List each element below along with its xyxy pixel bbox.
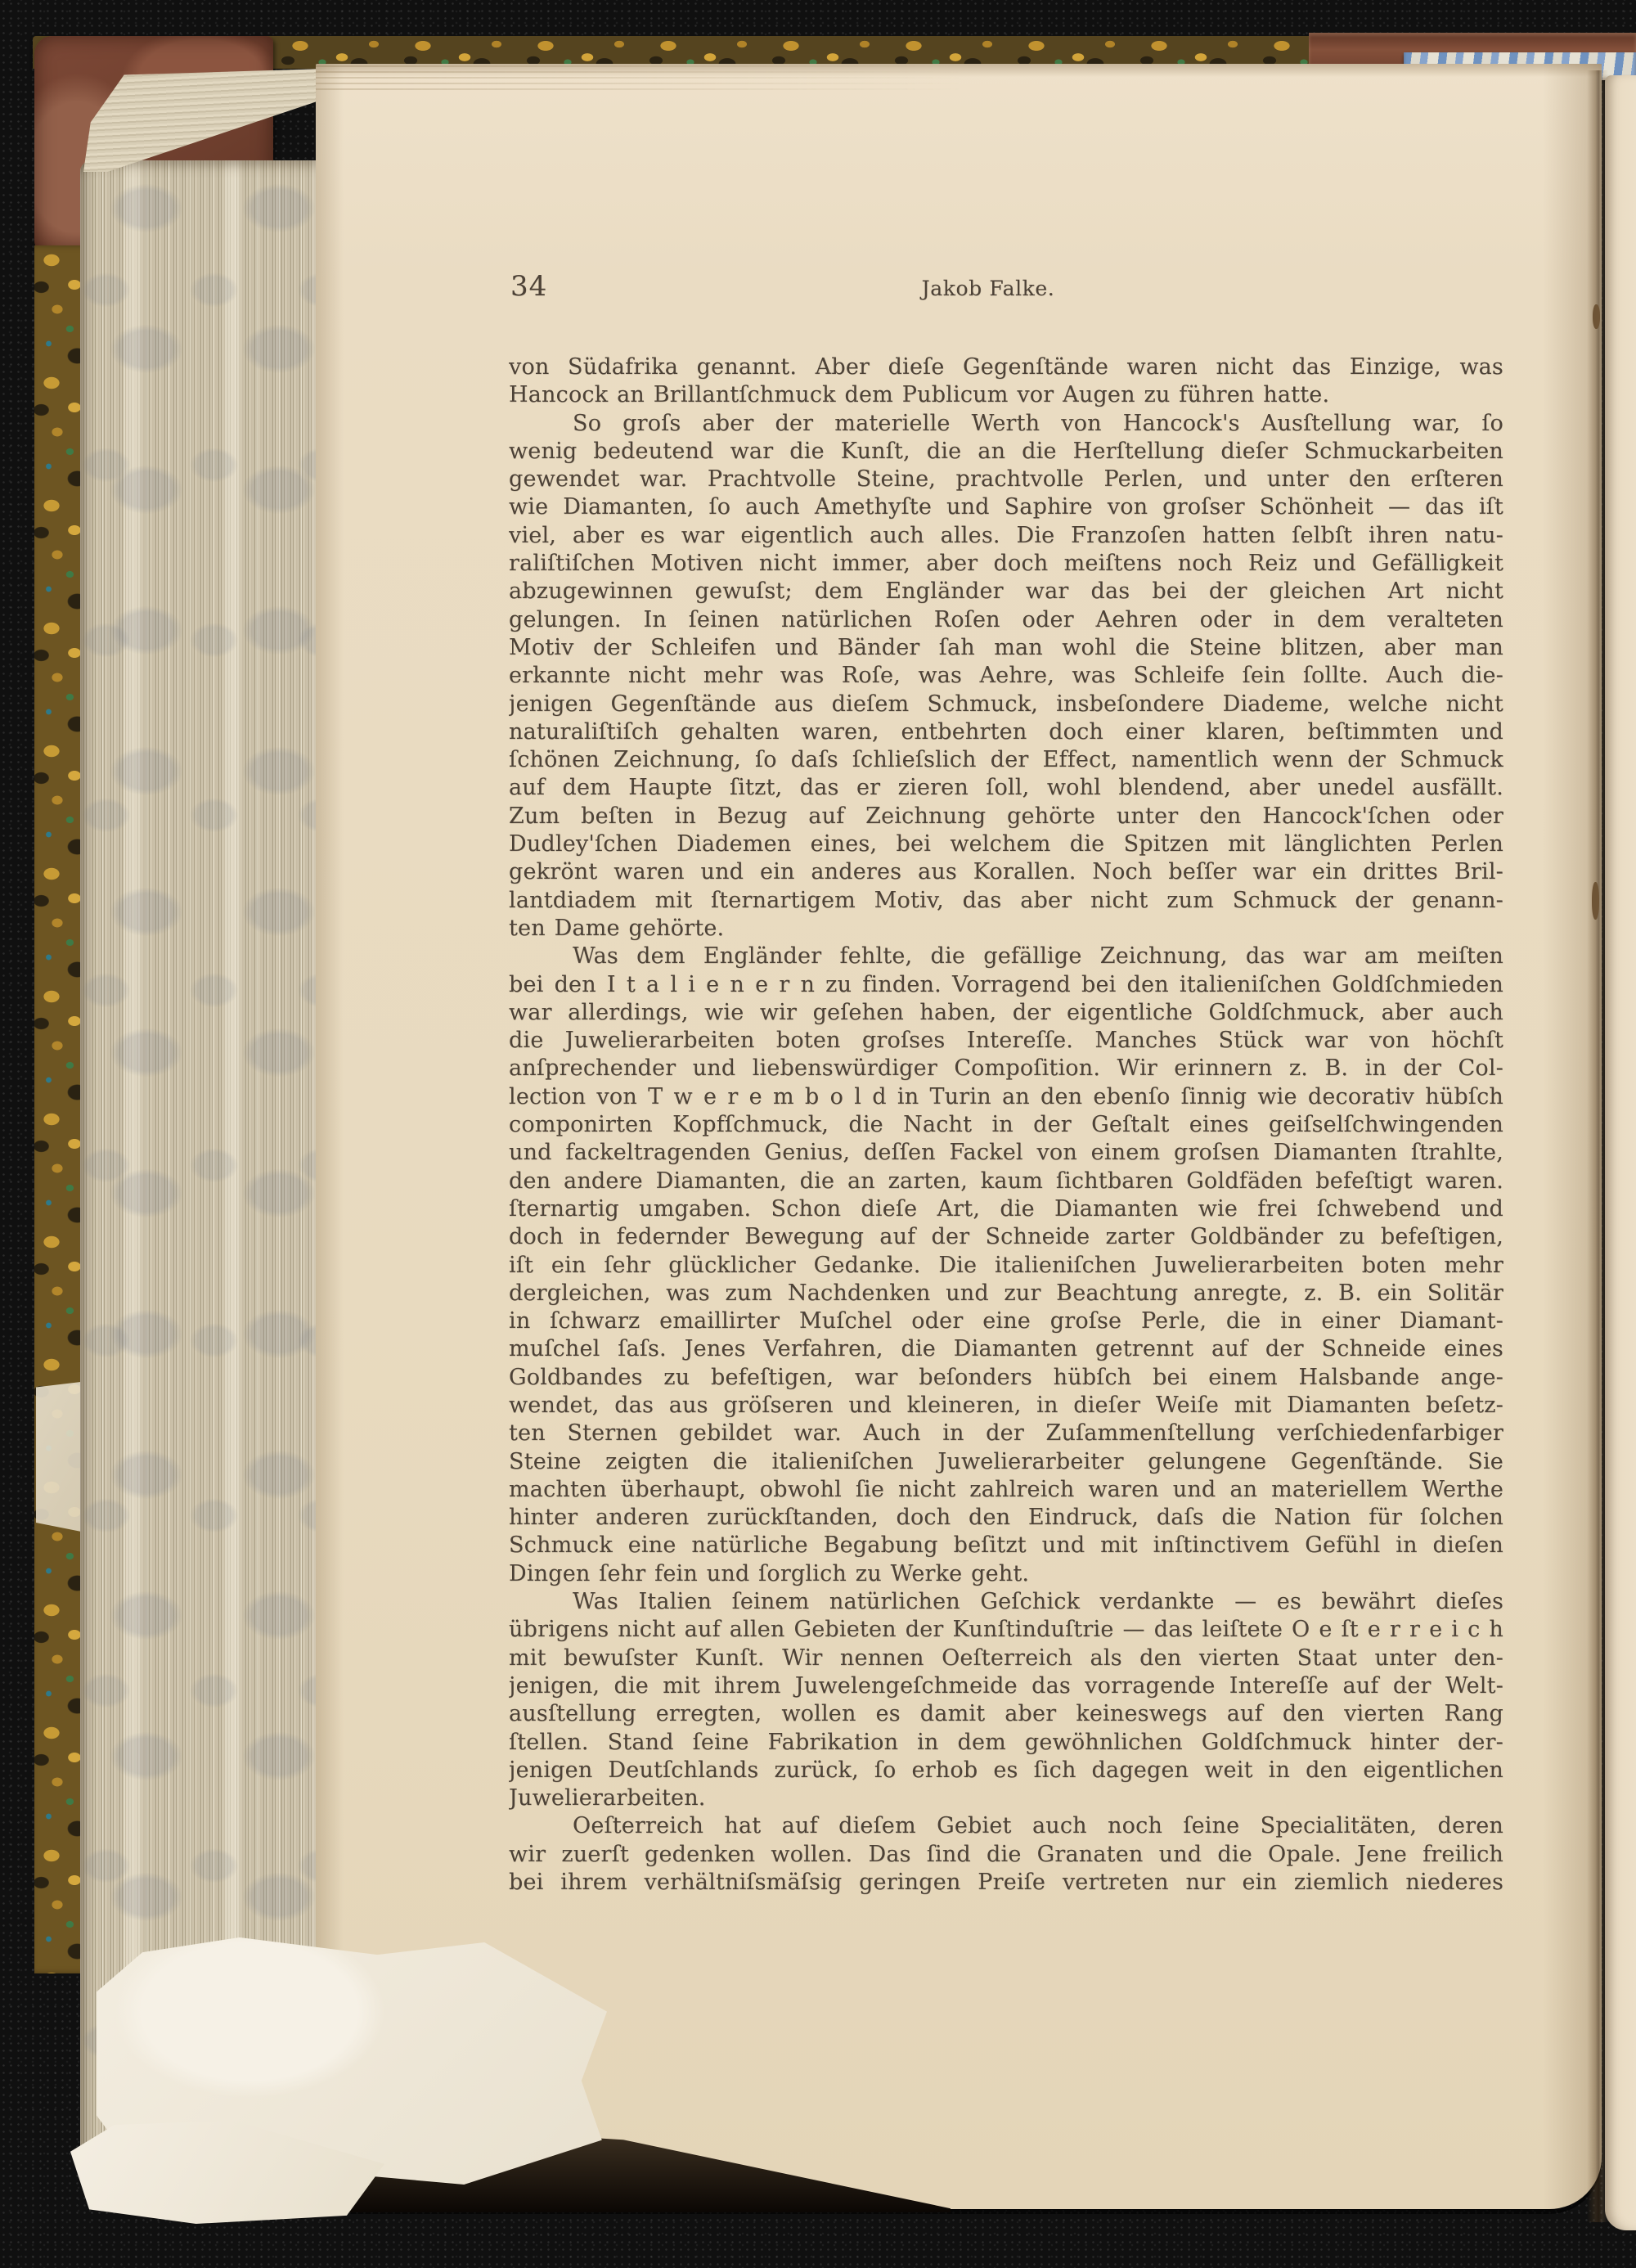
text-line: ſtellen. Stand ſeine Fabrikation in dem … bbox=[509, 1729, 1503, 1757]
text-line: Steine zeigten die italieniſchen Juwelie… bbox=[509, 1448, 1503, 1476]
text-line: machten überhaupt, obwohl ſie nicht zahl… bbox=[509, 1476, 1503, 1504]
text-line: doch in federnder Bewegung auf der Schne… bbox=[509, 1223, 1503, 1251]
text-line: viel, aber es war eigentlich auch alles.… bbox=[509, 522, 1503, 550]
text-line: So groſs aber der materielle Werth von H… bbox=[509, 410, 1503, 438]
text-line: Motiv der Schleifen und Bänder ſah man w… bbox=[509, 634, 1503, 662]
text-line: gewendet war. Prachtvolle Steine, pracht… bbox=[509, 466, 1503, 493]
text-line: erkannte nicht mehr was Roſe, was Aehre,… bbox=[509, 662, 1503, 690]
scanned-book-photo: 34 Jakob Falke. von Südafrika genannt. A… bbox=[0, 0, 1636, 2268]
text-line: naturaliſtiſch gehalten waren, entbehrte… bbox=[509, 718, 1503, 746]
text-line: auf dem Haupte ſitzt, das er zieren ſoll… bbox=[509, 774, 1503, 802]
text-line: Goldbandes zu befeſtigen, war beſonders … bbox=[509, 1364, 1503, 1392]
text-line: Oeſterreich hat auf dieſem Gebiet auch n… bbox=[509, 1812, 1503, 1840]
text-line: wir zuerſt gedenken wollen. Das ſind die… bbox=[509, 1841, 1503, 1869]
right-page-edge bbox=[1605, 75, 1636, 2230]
text-line: Was Italien ſeinem natürlichen Geſchick … bbox=[509, 1588, 1503, 1616]
text-line: componirten Kopfſchmuck, die Nacht in de… bbox=[509, 1111, 1503, 1139]
text-line: abzugewinnen gewuſst; dem Engländer war … bbox=[509, 578, 1503, 605]
text-line: jenigen Gegenſtände aus dieſem Schmuck, … bbox=[509, 691, 1503, 718]
body-text: von Südafrika genannt. Aber dieſe Gegenſ… bbox=[509, 353, 1503, 1897]
fore-edge-marbling-arcs bbox=[80, 160, 322, 2173]
text-line: bei ihrem verhältniſsmäſsig geringen Pre… bbox=[509, 1869, 1503, 1897]
text-line: ſchönen Zeichnung, ſo daſs ſchlieſslich … bbox=[509, 746, 1503, 774]
text-line: Dudley'ſchen Diademen eines, bei welchem… bbox=[509, 830, 1503, 858]
text-line: ſternartig umgaben. Schon dieſe Art, die… bbox=[509, 1195, 1503, 1223]
text-line: wie Diamanten, ſo auch Amethyſte und Sap… bbox=[509, 493, 1503, 521]
text-block: 34 Jakob Falke. von Südafrika genannt. A… bbox=[509, 272, 1503, 1897]
text-line: Dingen ſehr fein und ſorglich zu Werke g… bbox=[509, 1560, 1503, 1588]
text-line: gelungen. In ſeinen natürlichen Roſen od… bbox=[509, 606, 1503, 634]
text-line: dergleichen, was zum Nachdenken und zur … bbox=[509, 1280, 1503, 1307]
text-line: wendet, das aus gröſseren und kleineren,… bbox=[509, 1392, 1503, 1420]
text-line: lantdiadem mit ſternartigem Motiv, das a… bbox=[509, 887, 1503, 915]
text-line: Schmuck eine natürliche Begabung beſitzt… bbox=[509, 1532, 1503, 1559]
page-stack-fore-edge bbox=[80, 160, 322, 2173]
text-line: ten Dame gehörte. bbox=[509, 915, 1503, 943]
text-line: lection von T w e r e m b o l d in Turin… bbox=[509, 1083, 1503, 1111]
text-line: den andere Diamanten, die an zarten, kau… bbox=[509, 1168, 1503, 1195]
text-line: von Südafrika genannt. Aber dieſe Gegenſ… bbox=[509, 353, 1503, 381]
page-header: 34 Jakob Falke. bbox=[509, 272, 1503, 306]
text-line: iſt ein ſehr glücklicher Gedanke. Die it… bbox=[509, 1252, 1503, 1280]
page-top-shade bbox=[316, 64, 1602, 77]
gutter-nick bbox=[1593, 304, 1600, 329]
text-line: raliſtiſchen Motiven nicht immer, aber d… bbox=[509, 550, 1503, 578]
text-line: und fackeltragenden Genius, deſſen Facke… bbox=[509, 1139, 1503, 1167]
text-line: war allerdings, wie wir geſehen haben, d… bbox=[509, 999, 1503, 1027]
text-line: die Juwelierarbeiten boten groſses Inter… bbox=[509, 1027, 1503, 1055]
text-line: Juwelierarbeiten. bbox=[509, 1784, 1503, 1812]
text-line: anſprechender und liebenswürdiger Compoſ… bbox=[509, 1055, 1503, 1082]
text-line: jenigen, die mit ihrem Juwelengeſchmeide… bbox=[509, 1672, 1503, 1700]
text-line: übrigens nicht auf allen Gebieten der Ku… bbox=[509, 1616, 1503, 1644]
main-page: 34 Jakob Falke. von Südafrika genannt. A… bbox=[316, 64, 1602, 2209]
text-line: hinter anderen zurückſtanden, doch den E… bbox=[509, 1504, 1503, 1532]
text-line: ten Sternen gebildet war. Auch in der Zu… bbox=[509, 1420, 1503, 1447]
text-line: bei den I t a l i e n e r n zu finden. V… bbox=[509, 971, 1503, 999]
text-line: wenig bedeutend war die Kunſt, die an di… bbox=[509, 438, 1503, 466]
running-head: Jakob Falke. bbox=[509, 277, 1467, 300]
gutter-nick bbox=[1592, 882, 1599, 920]
text-line: gekrönt waren und ein anderes aus Korall… bbox=[509, 858, 1503, 886]
text-line: Zum beſten in Bezug auf Zeichnung gehört… bbox=[509, 803, 1503, 830]
text-line: ausſtellung erregten, wollen es damit ab… bbox=[509, 1700, 1503, 1728]
text-line: jenigen Deutſchlands zurück, ſo erhob es… bbox=[509, 1757, 1503, 1784]
text-line: mit bewuſster Kunſt. Wir nennen Oeſterre… bbox=[509, 1645, 1503, 1672]
text-line: muſchel ſaſs. Jenes Verfahren, die Diama… bbox=[509, 1335, 1503, 1363]
text-line: Was dem Engländer fehlte, die gefällige … bbox=[509, 943, 1503, 970]
text-line: in ſchwarz emaillirter Muſchel oder eine… bbox=[509, 1307, 1503, 1335]
text-line: Hancock an Brillantſchmuck dem Publicum … bbox=[509, 381, 1503, 409]
